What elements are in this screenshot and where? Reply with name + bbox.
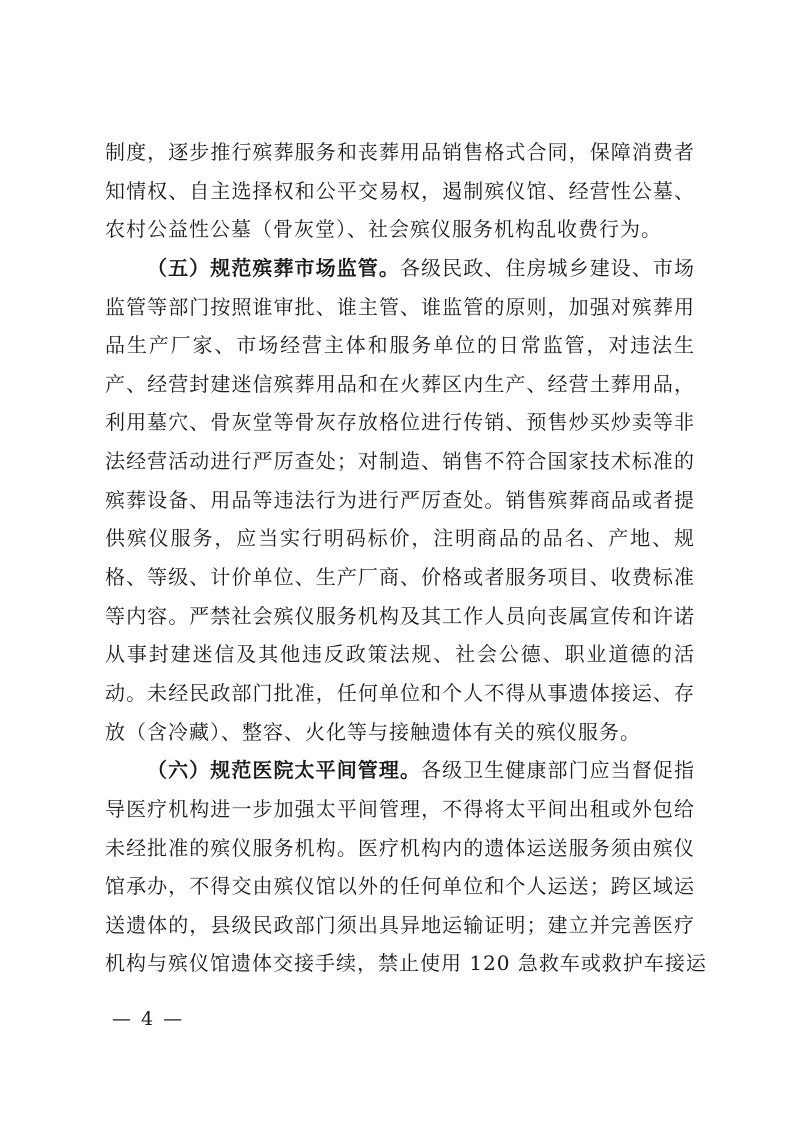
text-line: 机构与殡仪馆遗体交接手续，禁止使用 120 急救车或救护车接运: [105, 944, 695, 983]
text-line: 利用墓穴、骨灰堂等骨灰存放格位进行传销、预售炒买炒卖等非: [105, 403, 695, 442]
text-line: 知情权、自主选择权和公平交易权，遏制殡仪馆、经营性公墓、: [105, 172, 695, 211]
page-number: — 4 —: [112, 1008, 184, 1030]
section-heading-5: （五）规范殡葬市场监管。: [147, 256, 400, 280]
text-line: 未经批准的殡仪服务机构。医疗机构内的遗体运送服务须由殡仪: [105, 829, 695, 868]
text-line: 殡葬设备、用品等违法行为进行严厉查处。销售殡葬商品或者提: [105, 481, 695, 520]
body-text: 制度，逐步推行殡葬服务和丧葬用品销售格式合同，保障消费者 知情权、自主选择权和公…: [105, 133, 695, 983]
text-line: 供殡仪服务，应当实行明码标价，注明商品的品名、产地、规: [105, 519, 695, 558]
text-line: 导医疗机构进一步加强太平间管理，不得将太平间出租或外包给: [105, 790, 695, 829]
text-fragment: 各级卫生健康部门应当督促指: [421, 758, 695, 782]
section-heading-line: （五）规范殡葬市场监管。各级民政、住房城乡建设、市场: [105, 249, 695, 288]
text-line: 放（含冷藏）、整容、火化等与接触遗体有关的殡仪服务。: [105, 713, 695, 752]
text-line: 法经营活动进行严厉查处；对制造、销售不符合国家技术标准的: [105, 442, 695, 481]
text-line: 等内容。严禁社会殡仪服务机构及其工作人员向丧属宣传和许诺: [105, 597, 695, 636]
text-line: 品生产厂家、市场经营主体和服务单位的日常监管，对违法生: [105, 326, 695, 365]
text-fragment: 各级民政、住房城乡建设、市场: [400, 256, 695, 280]
text-line: 制度，逐步推行殡葬服务和丧葬用品销售格式合同，保障消费者: [105, 133, 695, 172]
text-line: 动。未经民政部门批准，任何单位和个人不得从事遗体接运、存: [105, 674, 695, 713]
text-line: 监管等部门按照谁审批、谁主管、谁监管的原则，加强对殡葬用: [105, 288, 695, 327]
text-line: 送遗体的，县级民政部门须出具异地运输证明；建立并完善医疗: [105, 906, 695, 945]
section-heading-line: （六）规范医院太平间管理。各级卫生健康部门应当督促指: [105, 751, 695, 790]
text-line: 农村公益性公墓（骨灰堂）、社会殡仪服务机构乱收费行为。: [105, 210, 695, 249]
text-line: 馆承办，不得交由殡仪馆以外的任何单位和个人运送；跨区域运: [105, 867, 695, 906]
text-line: 格、等级、计价单位、生产厂商、价格或者服务项目、收费标准: [105, 558, 695, 597]
section-heading-6: （六）规范医院太平间管理。: [147, 758, 421, 782]
text-line: 从事封建迷信及其他违反政策法规、社会公德、职业道德的活: [105, 635, 695, 674]
text-line: 产、经营封建迷信殡葬用品和在火葬区内生产、经营土葬用品，: [105, 365, 695, 404]
document-page: 制度，逐步推行殡葬服务和丧葬用品销售格式合同，保障消费者 知情权、自主选择权和公…: [0, 0, 800, 1131]
